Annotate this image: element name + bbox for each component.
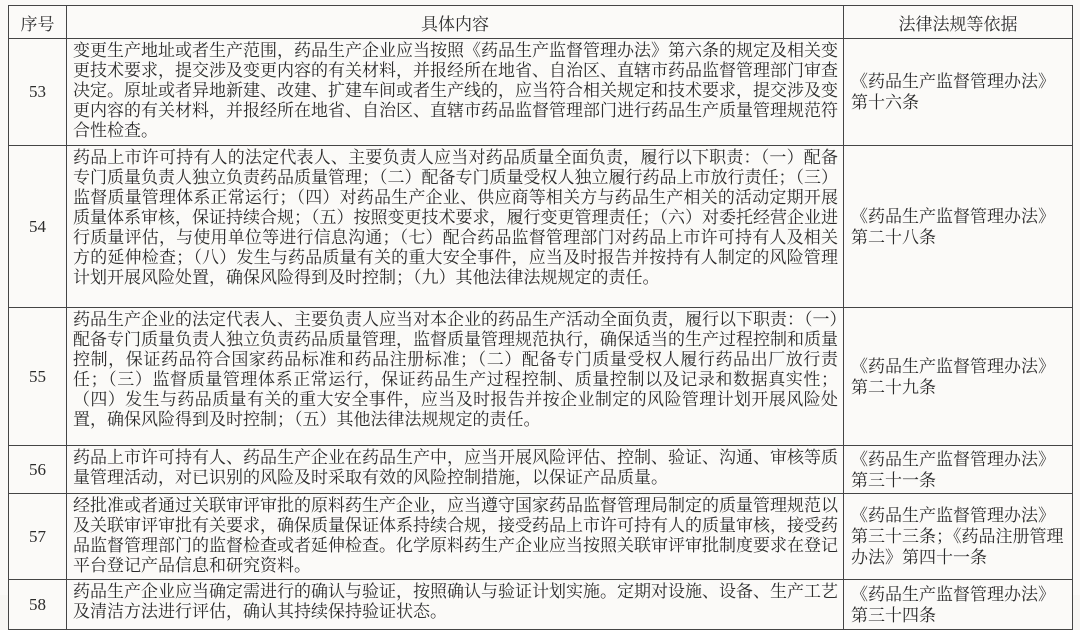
row-content: 药品上市许可持有人的法定代表人、主要负责人应当对药品质量全面负责，履行以下职责：… bbox=[67, 146, 844, 308]
table-row-56: 56 药品上市许可持有人、药品生产企业在药品生产中，应当开展风险评估、控制、验证… bbox=[9, 446, 1073, 494]
table-row-53: 53 变更生产地址或者生产范围，药品生产企业应当按照《药品生产监督管理办法》第六… bbox=[9, 39, 1073, 146]
table-row-55: 55 药品生产企业的法定代表人、主要负责人应当对本企业的药品生产活动全面负责，履… bbox=[9, 308, 1073, 446]
column-header-content: 具体内容 bbox=[67, 6, 844, 39]
regulation-table: 序号 具体内容 法律法规等依据 53 变更生产地址或者生产范围，药品生产企业应当… bbox=[8, 5, 1073, 595]
row-serial-no: 53 bbox=[9, 39, 67, 146]
row-legal-basis: 《药品生产监督管理办法》第二十八条 bbox=[844, 146, 1073, 308]
column-header-legal-basis: 法律法规等依据 bbox=[844, 6, 1073, 39]
row-serial-no: 57 bbox=[9, 494, 67, 580]
row-serial-no: 54 bbox=[9, 146, 67, 308]
column-header-serial-no: 序号 bbox=[9, 6, 67, 39]
row-legal-basis: 《药品生产监督管理办法》第十六条 bbox=[844, 39, 1073, 146]
table-row-58: 58 药品生产企业应当确定需进行的确认与验证，按照确认与验证计划实施。定期对设施… bbox=[9, 580, 1073, 596]
header-row: 序号 具体内容 法律法规等依据 bbox=[9, 6, 1073, 39]
row-content: 经批准或者通过关联审评审批的原料药生产企业，应当遵守国家药品监督管理局制定的质量… bbox=[67, 494, 844, 580]
table-row-54: 54 药品上市许可持有人的法定代表人、主要负责人应当对药品质量全面负责，履行以下… bbox=[9, 146, 1073, 308]
row-content: 药品生产企业应当确定需进行的确认与验证，按照确认与验证计划实施。定期对设施、设备… bbox=[67, 580, 844, 596]
row-legal-basis: 《药品生产监督管理办法》第三十四条 bbox=[844, 580, 1073, 596]
row-content: 药品上市许可持有人、药品生产企业在药品生产中，应当开展风险评估、控制、验证、沟通… bbox=[67, 446, 844, 494]
row-content: 药品生产企业的法定代表人、主要负责人应当对本企业的药品生产活动全面负责，履行以下… bbox=[67, 308, 844, 446]
row-legal-basis: 《药品生产监督管理办法》第二十九条 bbox=[844, 308, 1073, 446]
document-page: 序号 具体内容 法律法规等依据 53 变更生产地址或者生产范围，药品生产企业应当… bbox=[0, 0, 1080, 595]
row-serial-no: 55 bbox=[9, 308, 67, 446]
row-serial-no: 58 bbox=[9, 580, 67, 596]
row-legal-basis: 《药品生产监督管理办法》第三十一条 bbox=[844, 446, 1073, 494]
row-legal-basis: 《药品生产监督管理办法》第三十三条；《药品注册管理办法》第四十一条 bbox=[844, 494, 1073, 580]
row-content: 变更生产地址或者生产范围，药品生产企业应当按照《药品生产监督管理办法》第六条的规… bbox=[67, 39, 844, 146]
table-row-57: 57 经批准或者通过关联审评审批的原料药生产企业，应当遵守国家药品监督管理局制定… bbox=[9, 494, 1073, 580]
row-serial-no: 56 bbox=[9, 446, 67, 494]
